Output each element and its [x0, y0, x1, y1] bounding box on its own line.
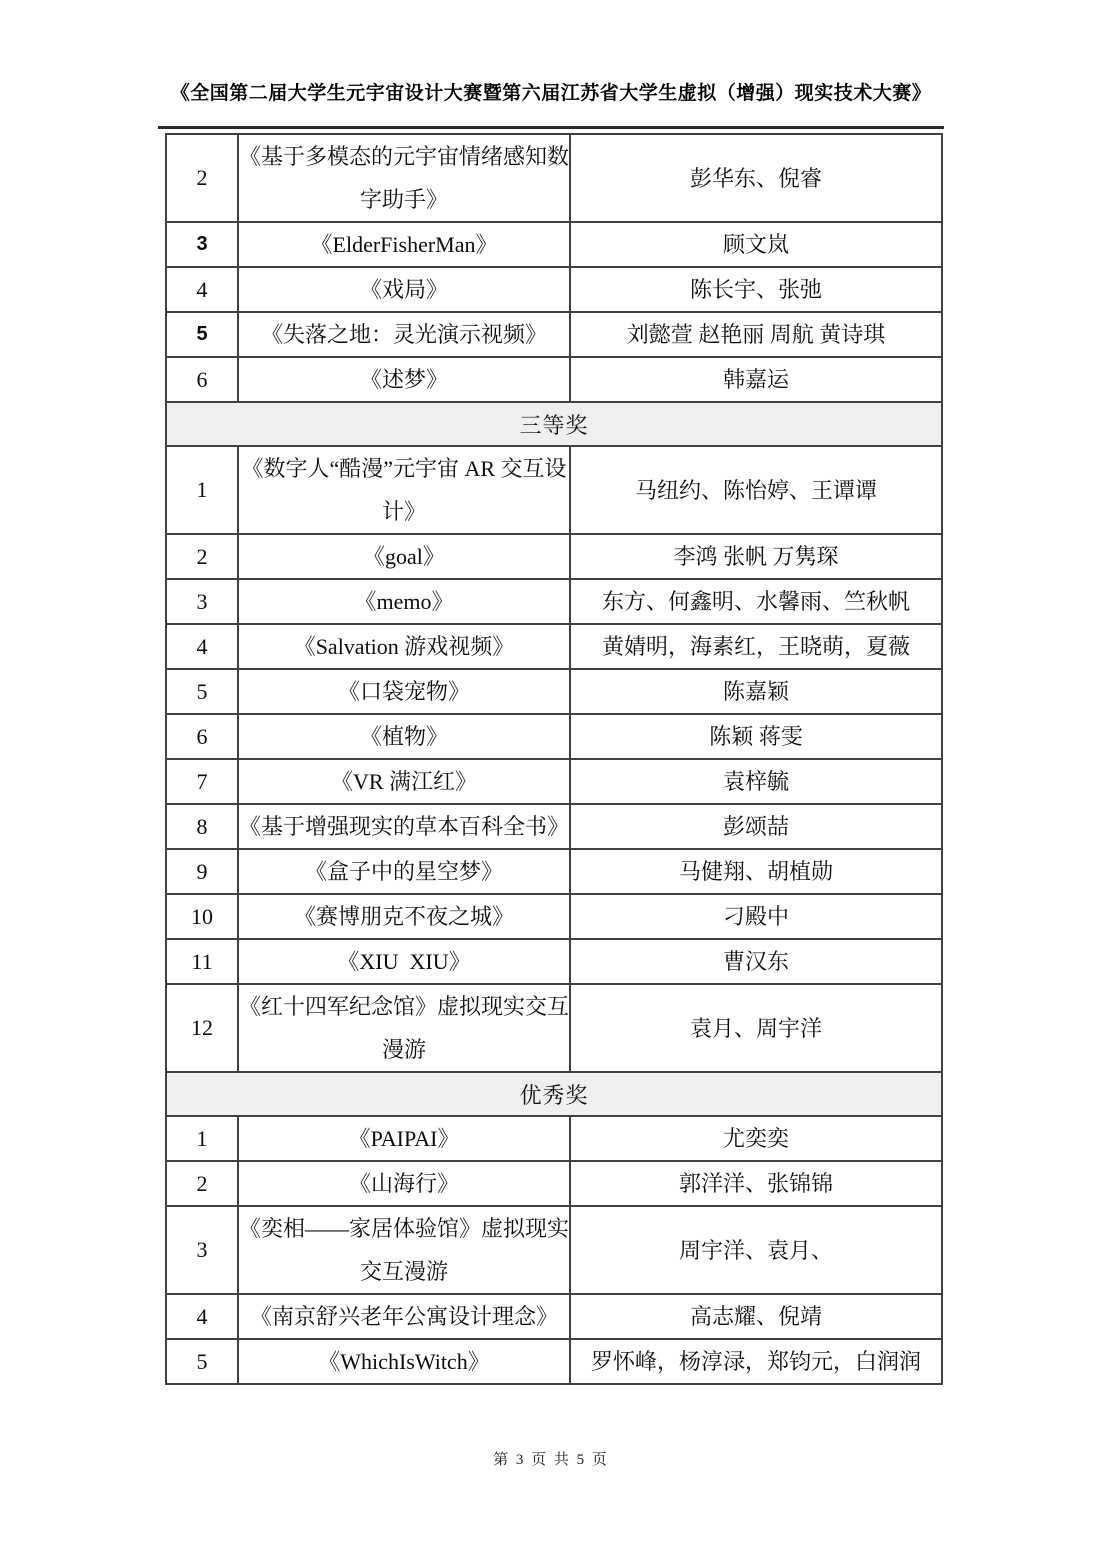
section-header-label: 三等奖 — [166, 402, 942, 446]
authors-cell: 马纽约、陈怡婷、王谭谭 — [570, 446, 942, 534]
award-row: 2《goal》李鸿 张帆 万隽琛 — [166, 534, 942, 579]
work-title-cell: 《山海行》 — [238, 1161, 570, 1206]
work-title-cell: 《基于多模态的元宇宙情绪感知数字助手》 — [238, 134, 570, 222]
authors-cell: 高志耀、倪靖 — [570, 1294, 942, 1339]
authors-cell: 马健翔、胡植勋 — [570, 849, 942, 894]
authors-cell: 罗怀峰，杨淳渌，郑钧元，白润润 — [570, 1339, 942, 1384]
row-number-cell: 2 — [166, 1161, 238, 1206]
award-row: 1《PAIPAI》尤奕奕 — [166, 1116, 942, 1161]
document-header-title: 《全国第二届大学生元宇宙设计大赛暨第六届江苏省大学生虚拟（增强）现实技术大赛》 — [0, 78, 1102, 105]
award-row: 5《口袋宠物》陈嘉颖 — [166, 669, 942, 714]
award-row: 8《基于增强现实的草本百科全书》彭颂喆 — [166, 804, 942, 849]
authors-cell: 彭华东、倪睿 — [570, 134, 942, 222]
award-row: 9《盒子中的星空梦》马健翔、胡植勋 — [166, 849, 942, 894]
work-title-cell: 《口袋宠物》 — [238, 669, 570, 714]
awards-table: 2《基于多模态的元宇宙情绪感知数字助手》彭华东、倪睿3《ElderFisherM… — [165, 133, 943, 1385]
row-number-cell: 11 — [166, 939, 238, 984]
award-row: 5《WhichIsWitch》罗怀峰，杨淳渌，郑钧元，白润润 — [166, 1339, 942, 1384]
work-title-cell: 《memo》 — [238, 579, 570, 624]
row-number-cell: 12 — [166, 984, 238, 1072]
authors-cell: 黄婧明，海素红，王晓萌，夏薇 — [570, 624, 942, 669]
table-top-rule — [158, 126, 944, 129]
award-row: 6《述梦》韩嘉运 — [166, 357, 942, 402]
award-row: 1《数字人“酷漫”元宇宙 AR 交互设计》马纽约、陈怡婷、王谭谭 — [166, 446, 942, 534]
award-row: 6《植物》陈颖 蒋雯 — [166, 714, 942, 759]
authors-cell: 陈颖 蒋雯 — [570, 714, 942, 759]
work-title-cell: 《述梦》 — [238, 357, 570, 402]
award-row: 10《赛博朋克不夜之城》刁殿中 — [166, 894, 942, 939]
row-number-cell: 2 — [166, 534, 238, 579]
authors-cell: 顾文岚 — [570, 222, 942, 267]
authors-cell: 陈嘉颖 — [570, 669, 942, 714]
row-number-cell: 7 — [166, 759, 238, 804]
row-number-cell: 3 — [166, 579, 238, 624]
award-row: 4《南京舒兴老年公寓设计理念》高志耀、倪靖 — [166, 1294, 942, 1339]
row-number-cell: 8 — [166, 804, 238, 849]
award-row: 4《戏局》陈长宇、张弛 — [166, 267, 942, 312]
page-footer: 第 3 页 共 5 页 — [0, 1448, 1102, 1469]
work-title-cell: 《南京舒兴老年公寓设计理念》 — [238, 1294, 570, 1339]
award-row: 12《红十四军纪念馆》虚拟现实交互漫游袁月、周宇洋 — [166, 984, 942, 1072]
authors-cell: 东方、何鑫明、水馨雨、竺秋帆 — [570, 579, 942, 624]
award-row: 2《基于多模态的元宇宙情绪感知数字助手》彭华东、倪睿 — [166, 134, 942, 222]
work-title-cell: 《PAIPAI》 — [238, 1116, 570, 1161]
section-header-row: 优秀奖 — [166, 1072, 942, 1116]
work-title-cell: 《戏局》 — [238, 267, 570, 312]
work-title-cell: 《赛博朋克不夜之城》 — [238, 894, 570, 939]
authors-cell: 周宇洋、袁月、 — [570, 1206, 942, 1294]
work-title-cell: 《数字人“酷漫”元宇宙 AR 交互设计》 — [238, 446, 570, 534]
award-row: 5《失落之地：灵光演示视频》刘懿萱 赵艳丽 周航 黄诗琪 — [166, 312, 942, 357]
row-number-cell: 4 — [166, 1294, 238, 1339]
row-number-cell: 3 — [166, 1206, 238, 1294]
work-title-cell: 《奕相——家居体验馆》虚拟现实交互漫游 — [238, 1206, 570, 1294]
work-title-cell: 《XIU XIU》 — [238, 939, 570, 984]
row-number-cell: 5 — [166, 312, 238, 357]
row-number-cell: 6 — [166, 714, 238, 759]
authors-cell: 曹汉东 — [570, 939, 942, 984]
work-title-cell: 《VR 满江红》 — [238, 759, 570, 804]
authors-cell: 李鸿 张帆 万隽琛 — [570, 534, 942, 579]
authors-cell: 韩嘉运 — [570, 357, 942, 402]
work-title-cell: 《基于增强现实的草本百科全书》 — [238, 804, 570, 849]
authors-cell: 袁梓毓 — [570, 759, 942, 804]
row-number-cell: 9 — [166, 849, 238, 894]
authors-cell: 尤奕奕 — [570, 1116, 942, 1161]
award-row: 2《山海行》郭洋洋、张锦锦 — [166, 1161, 942, 1206]
authors-cell: 陈长宇、张弛 — [570, 267, 942, 312]
row-number-cell: 5 — [166, 1339, 238, 1384]
authors-cell: 刘懿萱 赵艳丽 周航 黄诗琪 — [570, 312, 942, 357]
work-title-cell: 《红十四军纪念馆》虚拟现实交互漫游 — [238, 984, 570, 1072]
work-title-cell: 《WhichIsWitch》 — [238, 1339, 570, 1384]
award-row: 11《XIU XIU》曹汉东 — [166, 939, 942, 984]
authors-cell: 刁殿中 — [570, 894, 942, 939]
authors-cell: 袁月、周宇洋 — [570, 984, 942, 1072]
row-number-cell: 2 — [166, 134, 238, 222]
work-title-cell: 《Salvation 游戏视频》 — [238, 624, 570, 669]
award-row: 7《VR 满江红》袁梓毓 — [166, 759, 942, 804]
row-number-cell: 3 — [166, 222, 238, 267]
work-title-cell: 《盒子中的星空梦》 — [238, 849, 570, 894]
authors-cell: 郭洋洋、张锦锦 — [570, 1161, 942, 1206]
row-number-cell: 10 — [166, 894, 238, 939]
row-number-cell: 4 — [166, 624, 238, 669]
row-number-cell: 1 — [166, 1116, 238, 1161]
work-title-cell: 《失落之地：灵光演示视频》 — [238, 312, 570, 357]
authors-cell: 彭颂喆 — [570, 804, 942, 849]
row-number-cell: 4 — [166, 267, 238, 312]
award-row: 3《memo》东方、何鑫明、水馨雨、竺秋帆 — [166, 579, 942, 624]
awards-table-body: 2《基于多模态的元宇宙情绪感知数字助手》彭华东、倪睿3《ElderFisherM… — [166, 134, 942, 1384]
work-title-cell: 《goal》 — [238, 534, 570, 579]
award-row: 3《ElderFisherMan》顾文岚 — [166, 222, 942, 267]
award-row: 3《奕相——家居体验馆》虚拟现实交互漫游周宇洋、袁月、 — [166, 1206, 942, 1294]
award-row: 4《Salvation 游戏视频》黄婧明，海素红，王晓萌，夏薇 — [166, 624, 942, 669]
section-header-row: 三等奖 — [166, 402, 942, 446]
row-number-cell: 5 — [166, 669, 238, 714]
section-header-label: 优秀奖 — [166, 1072, 942, 1116]
row-number-cell: 1 — [166, 446, 238, 534]
work-title-cell: 《植物》 — [238, 714, 570, 759]
row-number-cell: 6 — [166, 357, 238, 402]
document-page: 《全国第二届大学生元宇宙设计大赛暨第六届江苏省大学生虚拟（增强）现实技术大赛》 … — [0, 0, 1102, 1559]
work-title-cell: 《ElderFisherMan》 — [238, 222, 570, 267]
